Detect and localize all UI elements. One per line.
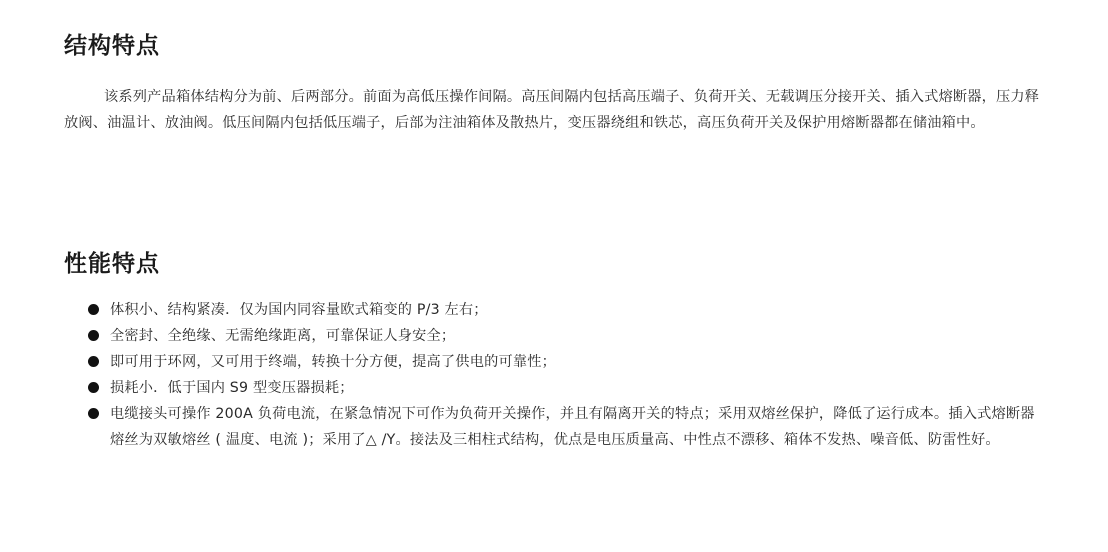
list-item-text: 电缆接头可操作 200A 负荷电流，在紧急情况下可作为负荷开关操作，并且有隔离开…	[110, 406, 1035, 448]
structure-paragraph: 该系列产品箱体结构分为前、后两部分。前面为高低压操作间隔。高压间隔内包括高压端子…	[64, 84, 1044, 136]
list-item: 体积小、结构紧凑．仅为国内同容量欧式箱变的 P/3 左右；	[88, 297, 1048, 323]
list-item-text: 体积小、结构紧凑．仅为国内同容量欧式箱变的 P/3 左右；	[110, 302, 488, 318]
list-item-text: 即可用于环网，又可用于终端，转换十分方便，提高了供电的可靠性；	[110, 354, 556, 370]
list-item: 即可用于环网，又可用于终端，转换十分方便，提高了供电的可靠性；	[88, 349, 1048, 375]
section-title-performance: 性能特点	[64, 249, 160, 279]
list-item: 全密封、全绝缘、无需绝缘距离，可靠保证人身安全；	[88, 323, 1048, 349]
bullet-icon	[88, 304, 99, 315]
bullet-icon	[88, 330, 99, 341]
list-item-text: 损耗小．低于国内 S9 型变压器损耗；	[110, 380, 354, 396]
list-item: 损耗小．低于国内 S9 型变压器损耗；	[88, 375, 1048, 401]
bullet-icon	[88, 382, 99, 393]
list-item: 电缆接头可操作 200A 负荷电流，在紧急情况下可作为负荷开关操作，并且有隔离开…	[88, 401, 1048, 453]
list-item-text: 全密封、全绝缘、无需绝缘距离，可靠保证人身安全；	[110, 328, 455, 344]
performance-list: 体积小、结构紧凑．仅为国内同容量欧式箱变的 P/3 左右； 全密封、全绝缘、无需…	[88, 297, 1048, 453]
section-title-structure: 结构特点	[64, 31, 160, 61]
bullet-icon	[88, 356, 99, 367]
bullet-icon	[88, 408, 99, 419]
